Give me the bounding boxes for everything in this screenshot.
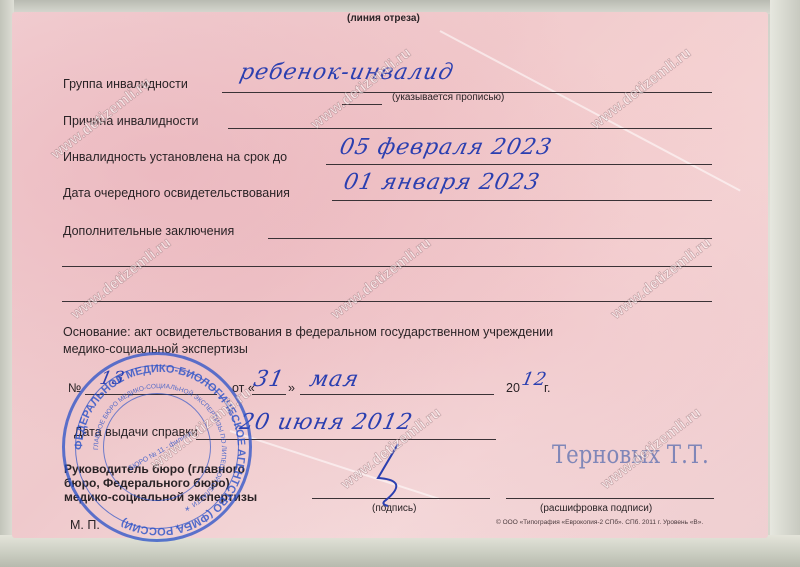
act-year-label: г. [544, 381, 551, 395]
basis-line-1: Основание: акт освидетельствования в фед… [63, 325, 553, 339]
disability-group-hint: (указывается прописью) [392, 92, 504, 103]
valid-until-value: 05 февраля 2023 [337, 135, 554, 160]
stamp-inner-text: ГЛАВНОЕ БЮРО МЕДИКО-СОЦИАЛЬНОЙ ЭКСПЕРТИЗ… [93, 383, 227, 508]
next-examination-label: Дата очередного освидетельствования [63, 186, 290, 200]
act-month-value: мая [307, 367, 361, 392]
act-day-line [252, 394, 286, 395]
svg-text:*: * [185, 504, 190, 518]
act-month-line [300, 394, 494, 395]
decoding-label: (расшифровка подписи) [540, 503, 652, 514]
act-year-prefix: 20 [506, 381, 520, 395]
svg-text:*: * [175, 522, 180, 536]
issue-date-value: 20 июня 2012 [237, 410, 415, 435]
additional-conclusions-line-3 [62, 301, 712, 302]
additional-conclusions-label: Дополнительные заключения [63, 224, 234, 238]
official-round-stamp: ФЕДЕРАЛЬНОЕ МЕДИКО-БИОЛОГИЧЕСКОЕ АГЕНТСТ… [62, 352, 252, 542]
additional-conclusions-line [268, 238, 712, 239]
cut-line-label: (линия отреза) [347, 13, 420, 24]
laminate-edge-right [770, 0, 800, 567]
disability-group-value: ребенок-инвалид [237, 60, 456, 85]
act-day-value: 31 [251, 367, 286, 392]
printer-imprint: © ООО «Типография «Еврокопия-2 СПб». СПб… [496, 519, 703, 526]
next-examination-value: 01 января 2023 [341, 170, 542, 195]
act-day-close: » [288, 381, 295, 395]
valid-until-label: Инвалидность установлена на срок до [63, 150, 287, 164]
valid-until-line [326, 164, 712, 165]
disability-cause-line [228, 128, 712, 129]
svg-text:ГЛАВНОЕ БЮРО МЕДИКО-СОЦИАЛЬНОЙ: ГЛАВНОЕ БЮРО МЕДИКО-СОЦИАЛЬНОЙ ЭКСПЕРТИЗ… [93, 383, 227, 508]
decoding-line [506, 498, 714, 499]
next-examination-line [332, 200, 712, 201]
